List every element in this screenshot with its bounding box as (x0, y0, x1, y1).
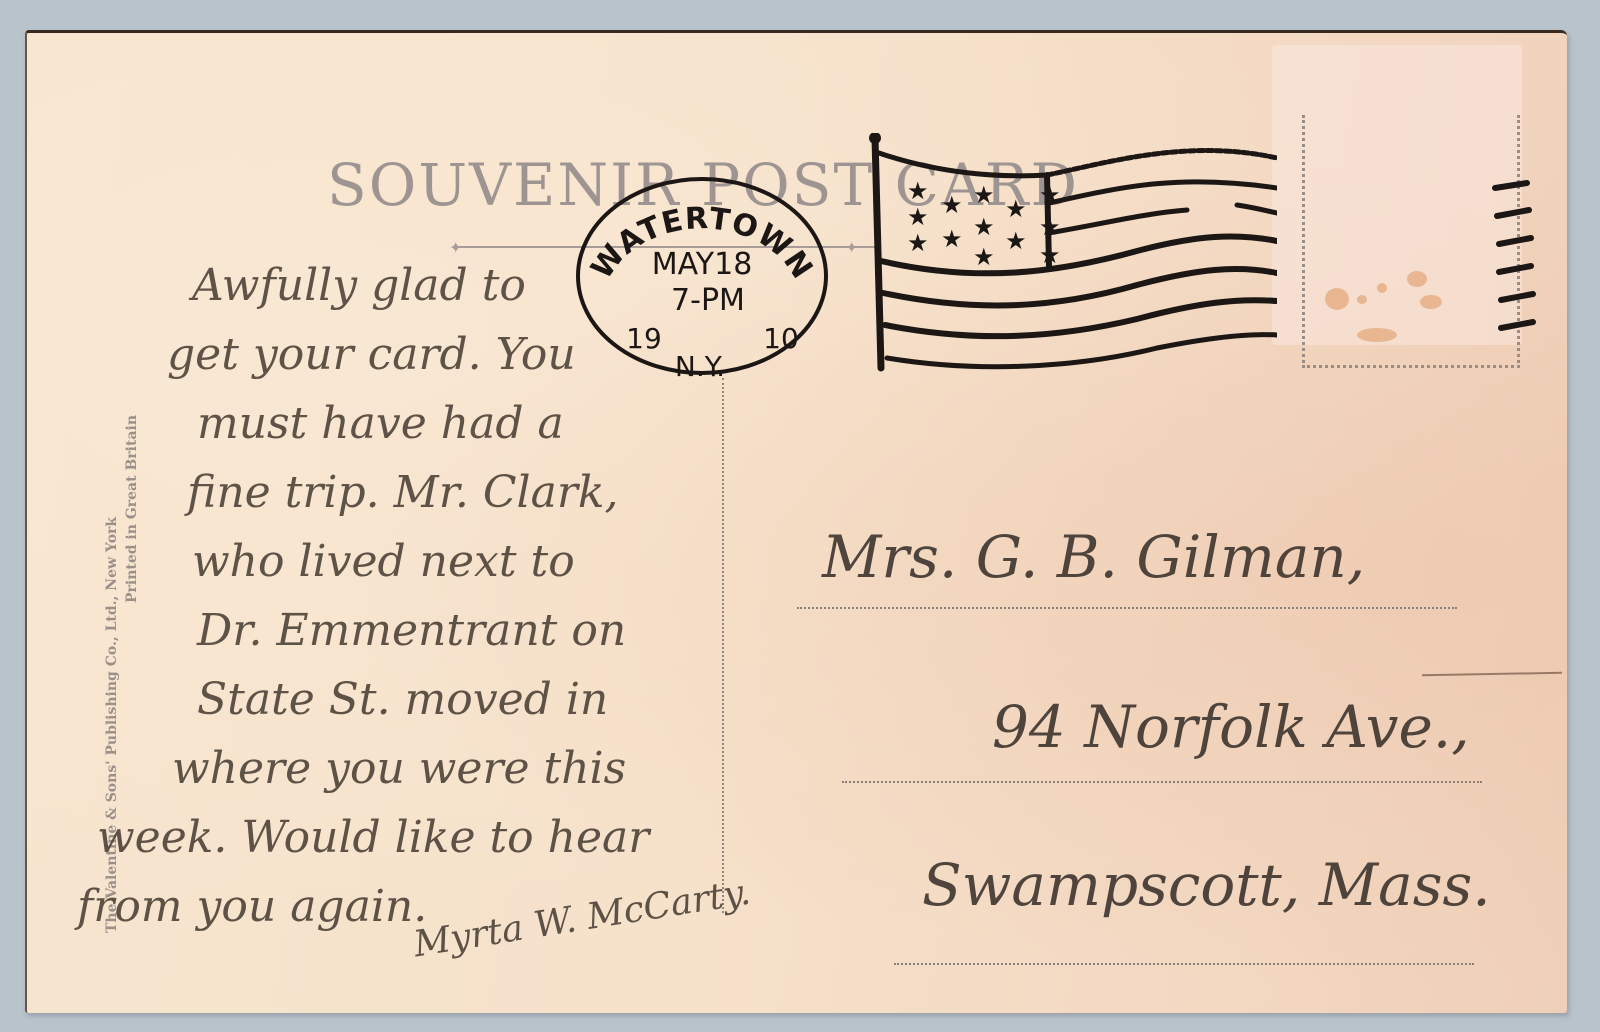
postmark: WATERTOWN MAY18 7-PM 19 10 N.Y. (576, 176, 828, 376)
svg-text:★: ★ (1039, 181, 1061, 209)
svg-text:★: ★ (973, 181, 995, 209)
postcard: SOUVENIR POST CARD ✦ ✦ The Valentine & S… (25, 30, 1567, 1013)
address-street: 94 Norfolk Ave., (992, 693, 1470, 761)
address-rule (797, 607, 1457, 609)
svg-text:★: ★ (907, 203, 929, 231)
svg-text:★: ★ (973, 243, 995, 271)
cancel-bars-icon (1487, 178, 1557, 348)
us-flag-icon: ★ ★ ★ ★ ★ ★ ★ ★ ★ ★ ★ ★ ★ (857, 133, 1277, 373)
postmark-date: MAY18 (652, 247, 753, 282)
message-line: week. Would like to hear (97, 803, 777, 872)
message-line: Dr. Emmentrant on (197, 596, 877, 665)
svg-text:★: ★ (941, 191, 963, 219)
svg-text:★: ★ (1005, 195, 1027, 223)
svg-text:★: ★ (907, 177, 929, 205)
svg-text:★: ★ (907, 229, 929, 257)
postmark-year-right: 10 (763, 322, 799, 355)
svg-text:★: ★ (1039, 241, 1061, 269)
address-city: Swampscott, Mass. (922, 851, 1491, 919)
postmark-state: N.Y. (675, 350, 725, 383)
postmark-year-left: 19 (626, 322, 662, 355)
message-line: must have had a (197, 389, 877, 458)
svg-text:★: ★ (1039, 213, 1061, 241)
message-line: who lived next to (192, 527, 872, 596)
address-rule (842, 781, 1482, 783)
address-name: Mrs. G. B. Gilman, (822, 523, 1365, 591)
stain (1325, 288, 1349, 310)
postmark-time: 7-PM (671, 283, 745, 318)
svg-text:★: ★ (1005, 227, 1027, 255)
stain (1407, 271, 1427, 287)
message-line: fine trip. Mr. Clark, (187, 458, 867, 527)
stain (1377, 283, 1387, 293)
stain (1420, 295, 1442, 309)
stain (1357, 295, 1367, 304)
message-line: where you were this (172, 734, 852, 803)
address-rule (894, 963, 1474, 965)
stain (1357, 328, 1397, 342)
message-line: State St. moved in (197, 665, 877, 734)
paper-crease (1422, 672, 1562, 676)
svg-text:★: ★ (941, 225, 963, 253)
svg-text:★: ★ (973, 213, 995, 241)
